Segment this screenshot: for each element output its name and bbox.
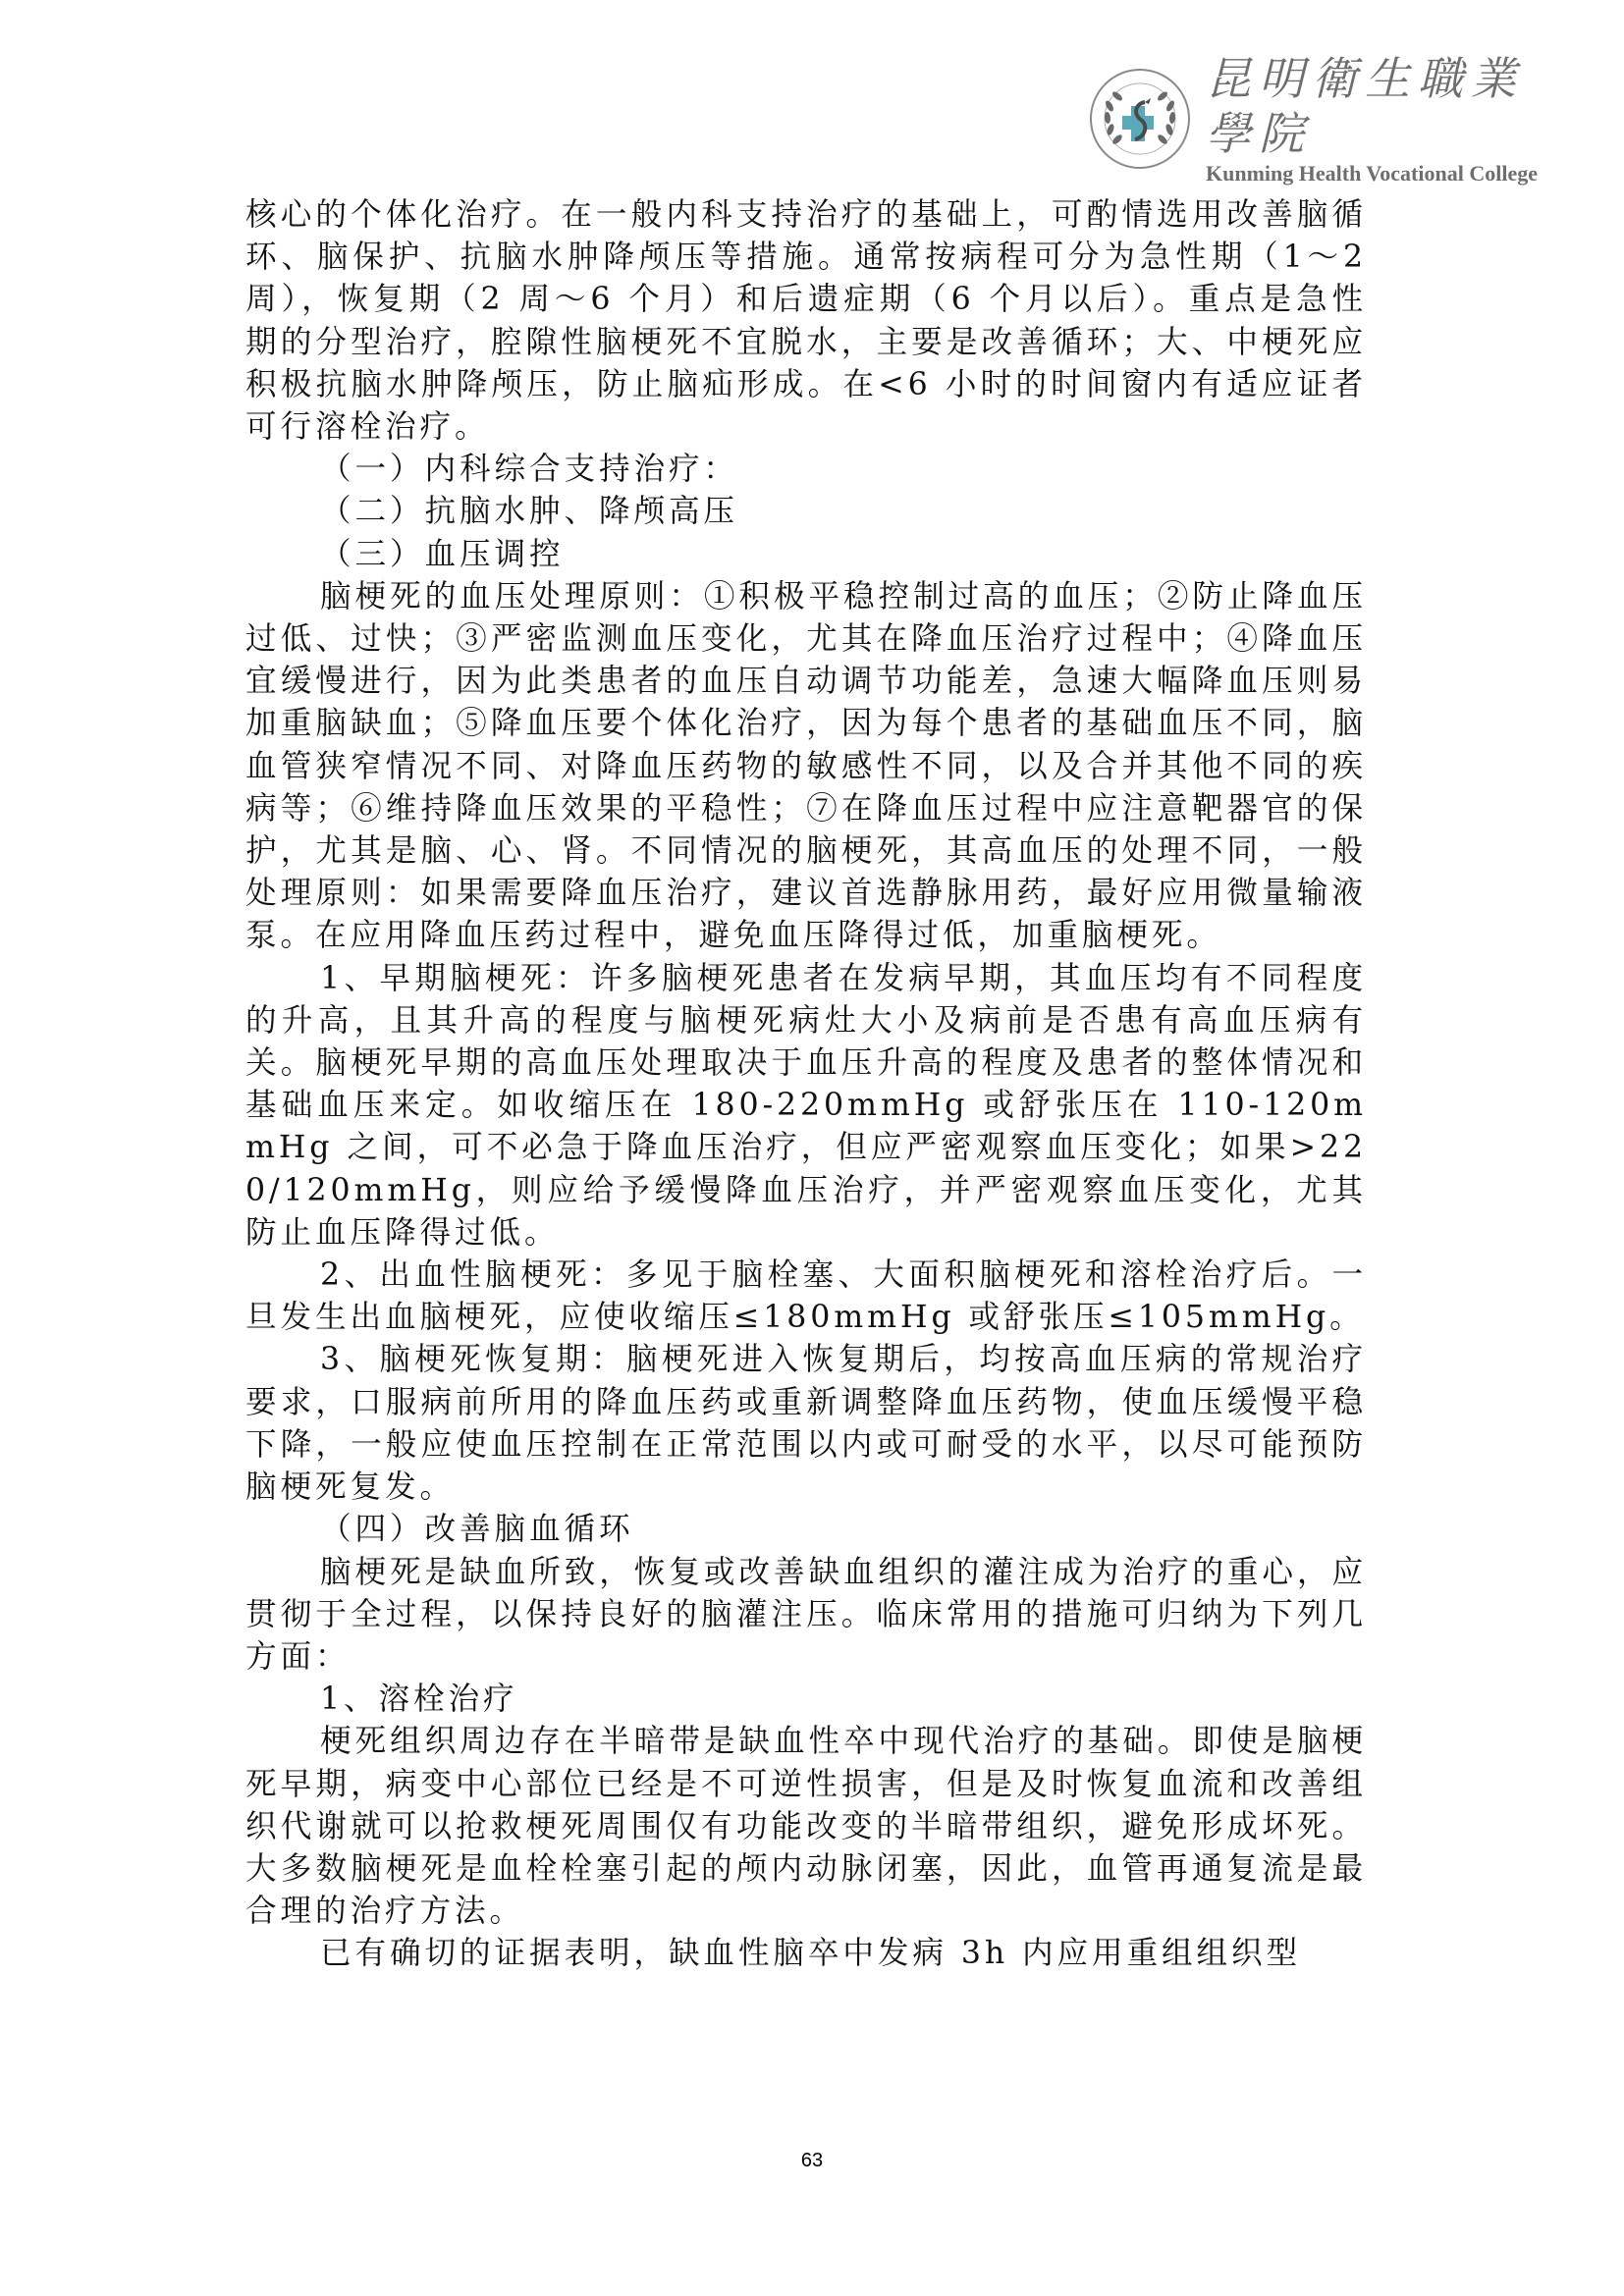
paragraph-circulation: 脑梗死是缺血所致，恢复或改善缺血组织的灌注成为治疗的重心，应贯彻于全过程，以保持… [245, 1552, 1367, 1680]
paragraph-evidence: 已有确切的证据表明，缺血性脑卒中发病 3h 内应用重组组织型 [245, 1933, 1367, 1975]
college-name-chinese: 昆明衛生職業學院 [1206, 51, 1559, 161]
page-number: 63 [0, 2150, 1624, 2172]
section-heading-1: （一）内科综合支持治疗： [245, 449, 1367, 491]
section-heading-4: （四）改善脑血循环 [245, 1509, 1367, 1551]
college-emblem-icon [1088, 67, 1192, 171]
paragraph-penumbra: 梗死组织周边存在半暗带是缺血性卒中现代治疗的基础。即使是脑梗死早期，病变中心部位… [245, 1721, 1367, 1933]
section-heading-3: （三）血压调控 [245, 534, 1367, 576]
paragraph-bp-principles: 脑梗死的血压处理原则：①积极平稳控制过高的血压；②防止降血压过低、过快；③严密监… [245, 576, 1367, 958]
paragraph-continuation: 核心的个体化治疗。在一般内科支持治疗的基础上，可酌情选用改善脑循环、脑保护、抗脑… [245, 194, 1367, 449]
paragraph-hemorrhagic-infarction: 2、出血性脑梗死：多见于脑栓塞、大面积脑梗死和溶栓治疗后。一旦发生出血脑梗死，应… [245, 1255, 1367, 1339]
college-name-english: Kunming Health Vocational College [1206, 161, 1559, 187]
paragraph-early-infarction: 1、早期脑梗死：许多脑梗死患者在发病早期，其血压均有不同程度的升高，且其升高的程… [245, 958, 1367, 1255]
document-body: 核心的个体化治疗。在一般内科支持治疗的基础上，可酌情选用改善脑循环、脑保护、抗脑… [245, 194, 1367, 1976]
college-logo: 昆明衛生職業學院 Kunming Health Vocational Colle… [1088, 65, 1559, 173]
subheading-thrombolysis: 1、溶栓治疗 [245, 1679, 1367, 1721]
section-heading-2: （二）抗脑水肿、降颅高压 [245, 491, 1367, 533]
paragraph-recovery-period: 3、脑梗死恢复期：脑梗死进入恢复期后，均按高血压病的常规治疗要求，口服病前所用的… [245, 1339, 1367, 1509]
